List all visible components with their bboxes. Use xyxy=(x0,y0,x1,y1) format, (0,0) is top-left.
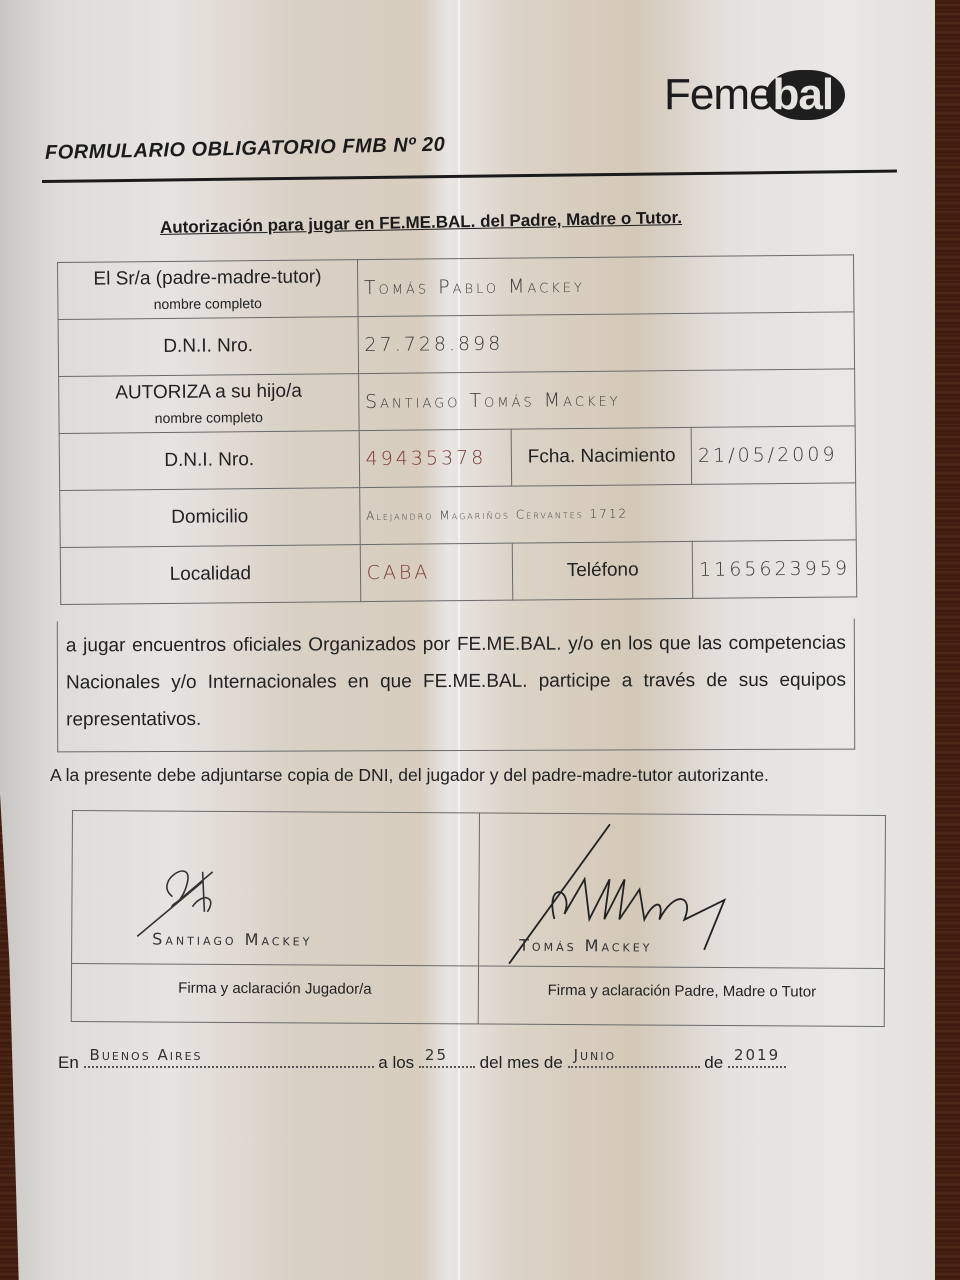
month-field[interactable]: Junio xyxy=(568,1052,700,1068)
logo-text: Feme xyxy=(664,70,772,119)
player-signature-box[interactable]: Santiago Mackey xyxy=(72,811,479,966)
femebal-logo: Femebal xyxy=(664,70,845,120)
place-prefix: En xyxy=(58,1053,79,1072)
locality-field[interactable]: CABA xyxy=(360,543,513,601)
guardian-dni-field[interactable]: 27.728.898 xyxy=(358,312,855,374)
birthdate-field[interactable]: 21/05/2009 xyxy=(691,426,855,485)
guardian-signature-box[interactable]: Tomás Mackey xyxy=(479,813,886,968)
year-prefix: de xyxy=(704,1053,723,1072)
birthdate-label: Fcha. Nacimiento xyxy=(511,427,691,486)
signature-table: Santiago Mackey Firma y aclaración Jugad… xyxy=(71,810,886,1027)
child-name-field[interactable]: Santiago Tomás Mackey xyxy=(358,369,855,431)
table-row: El Sr/a (padre-madre-tutor) nombre compl… xyxy=(58,255,855,320)
child-label-cell: AUTORIZA a su hijo/a nombre completo xyxy=(59,374,359,434)
guardian-signature-caption: Firma y aclaración Padre, Madre o Tutor xyxy=(479,981,885,1000)
player-signature-caption: Firma y aclaración Jugador/a xyxy=(72,979,478,998)
day-value: 25 xyxy=(425,1046,448,1064)
table-row: D.N.I. Nro. 27.728.898 xyxy=(58,312,855,377)
phone-field[interactable]: 1165623959 xyxy=(692,540,856,599)
logo-badge: bal xyxy=(766,70,845,120)
guardian-name-field[interactable]: Tomás Pablo Mackey xyxy=(357,255,854,317)
guardian-signature-column: Tomás Mackey Firma y aclaración Padre, M… xyxy=(478,813,886,1025)
table-row: Domicilio Alejandro Magariños Cervantes … xyxy=(60,483,857,548)
child-dni-label: D.N.I. Nro. xyxy=(59,431,359,491)
child-sublabel: nombre completo xyxy=(65,408,352,427)
player-printed-name: Santiago Mackey xyxy=(152,929,312,949)
player-signature-column: Santiago Mackey Firma y aclaración Jugad… xyxy=(72,811,479,1023)
player-signature-scribble xyxy=(132,851,253,942)
guardian-dni-label: D.N.I. Nro. xyxy=(58,317,358,377)
day-field[interactable]: 25 xyxy=(419,1052,475,1068)
city-value: Buenos Aires xyxy=(90,1046,203,1064)
child-dni-field[interactable]: 49435378 xyxy=(359,429,512,487)
day-prefix: a los xyxy=(378,1053,414,1072)
month-value: Junio xyxy=(574,1046,617,1064)
guardian-sublabel: nombre completo xyxy=(64,294,351,313)
place-date-line: En Buenos Aires a los 25 del mes de Juni… xyxy=(58,1052,786,1073)
locality-label: Localidad xyxy=(60,545,360,605)
guardian-label-cell: El Sr/a (padre-madre-tutor) nombre compl… xyxy=(58,260,358,320)
year-field[interactable]: 2019 xyxy=(728,1052,786,1068)
year-value: 2019 xyxy=(734,1046,780,1064)
guardian-label: El Sr/a (padre-madre-tutor) xyxy=(93,266,321,289)
child-label: AUTORIZA a su hijo/a xyxy=(115,381,302,404)
month-prefix: del mes de xyxy=(480,1053,563,1072)
table-row: D.N.I. Nro. 49435378 Fcha. Nacimiento 21… xyxy=(59,426,856,491)
address-field[interactable]: Alejandro Magariños Cervantes 1712 xyxy=(359,483,856,545)
table-row: Localidad CABA Teléfono 1165623959 xyxy=(60,540,857,605)
table-row: AUTORIZA a su hijo/a nombre completo San… xyxy=(59,369,856,434)
phone-label: Teléfono xyxy=(513,541,693,600)
authorization-text: a jugar encuentros oficiales Organizados… xyxy=(57,619,855,753)
authorization-table: El Sr/a (padre-madre-tutor) nombre compl… xyxy=(57,254,857,605)
address-label: Domicilio xyxy=(60,488,360,548)
guardian-printed-name: Tomás Mackey xyxy=(519,936,652,956)
attachment-note: A la presente debe adjuntarse copia de D… xyxy=(50,765,769,786)
city-field[interactable]: Buenos Aires xyxy=(84,1052,374,1068)
